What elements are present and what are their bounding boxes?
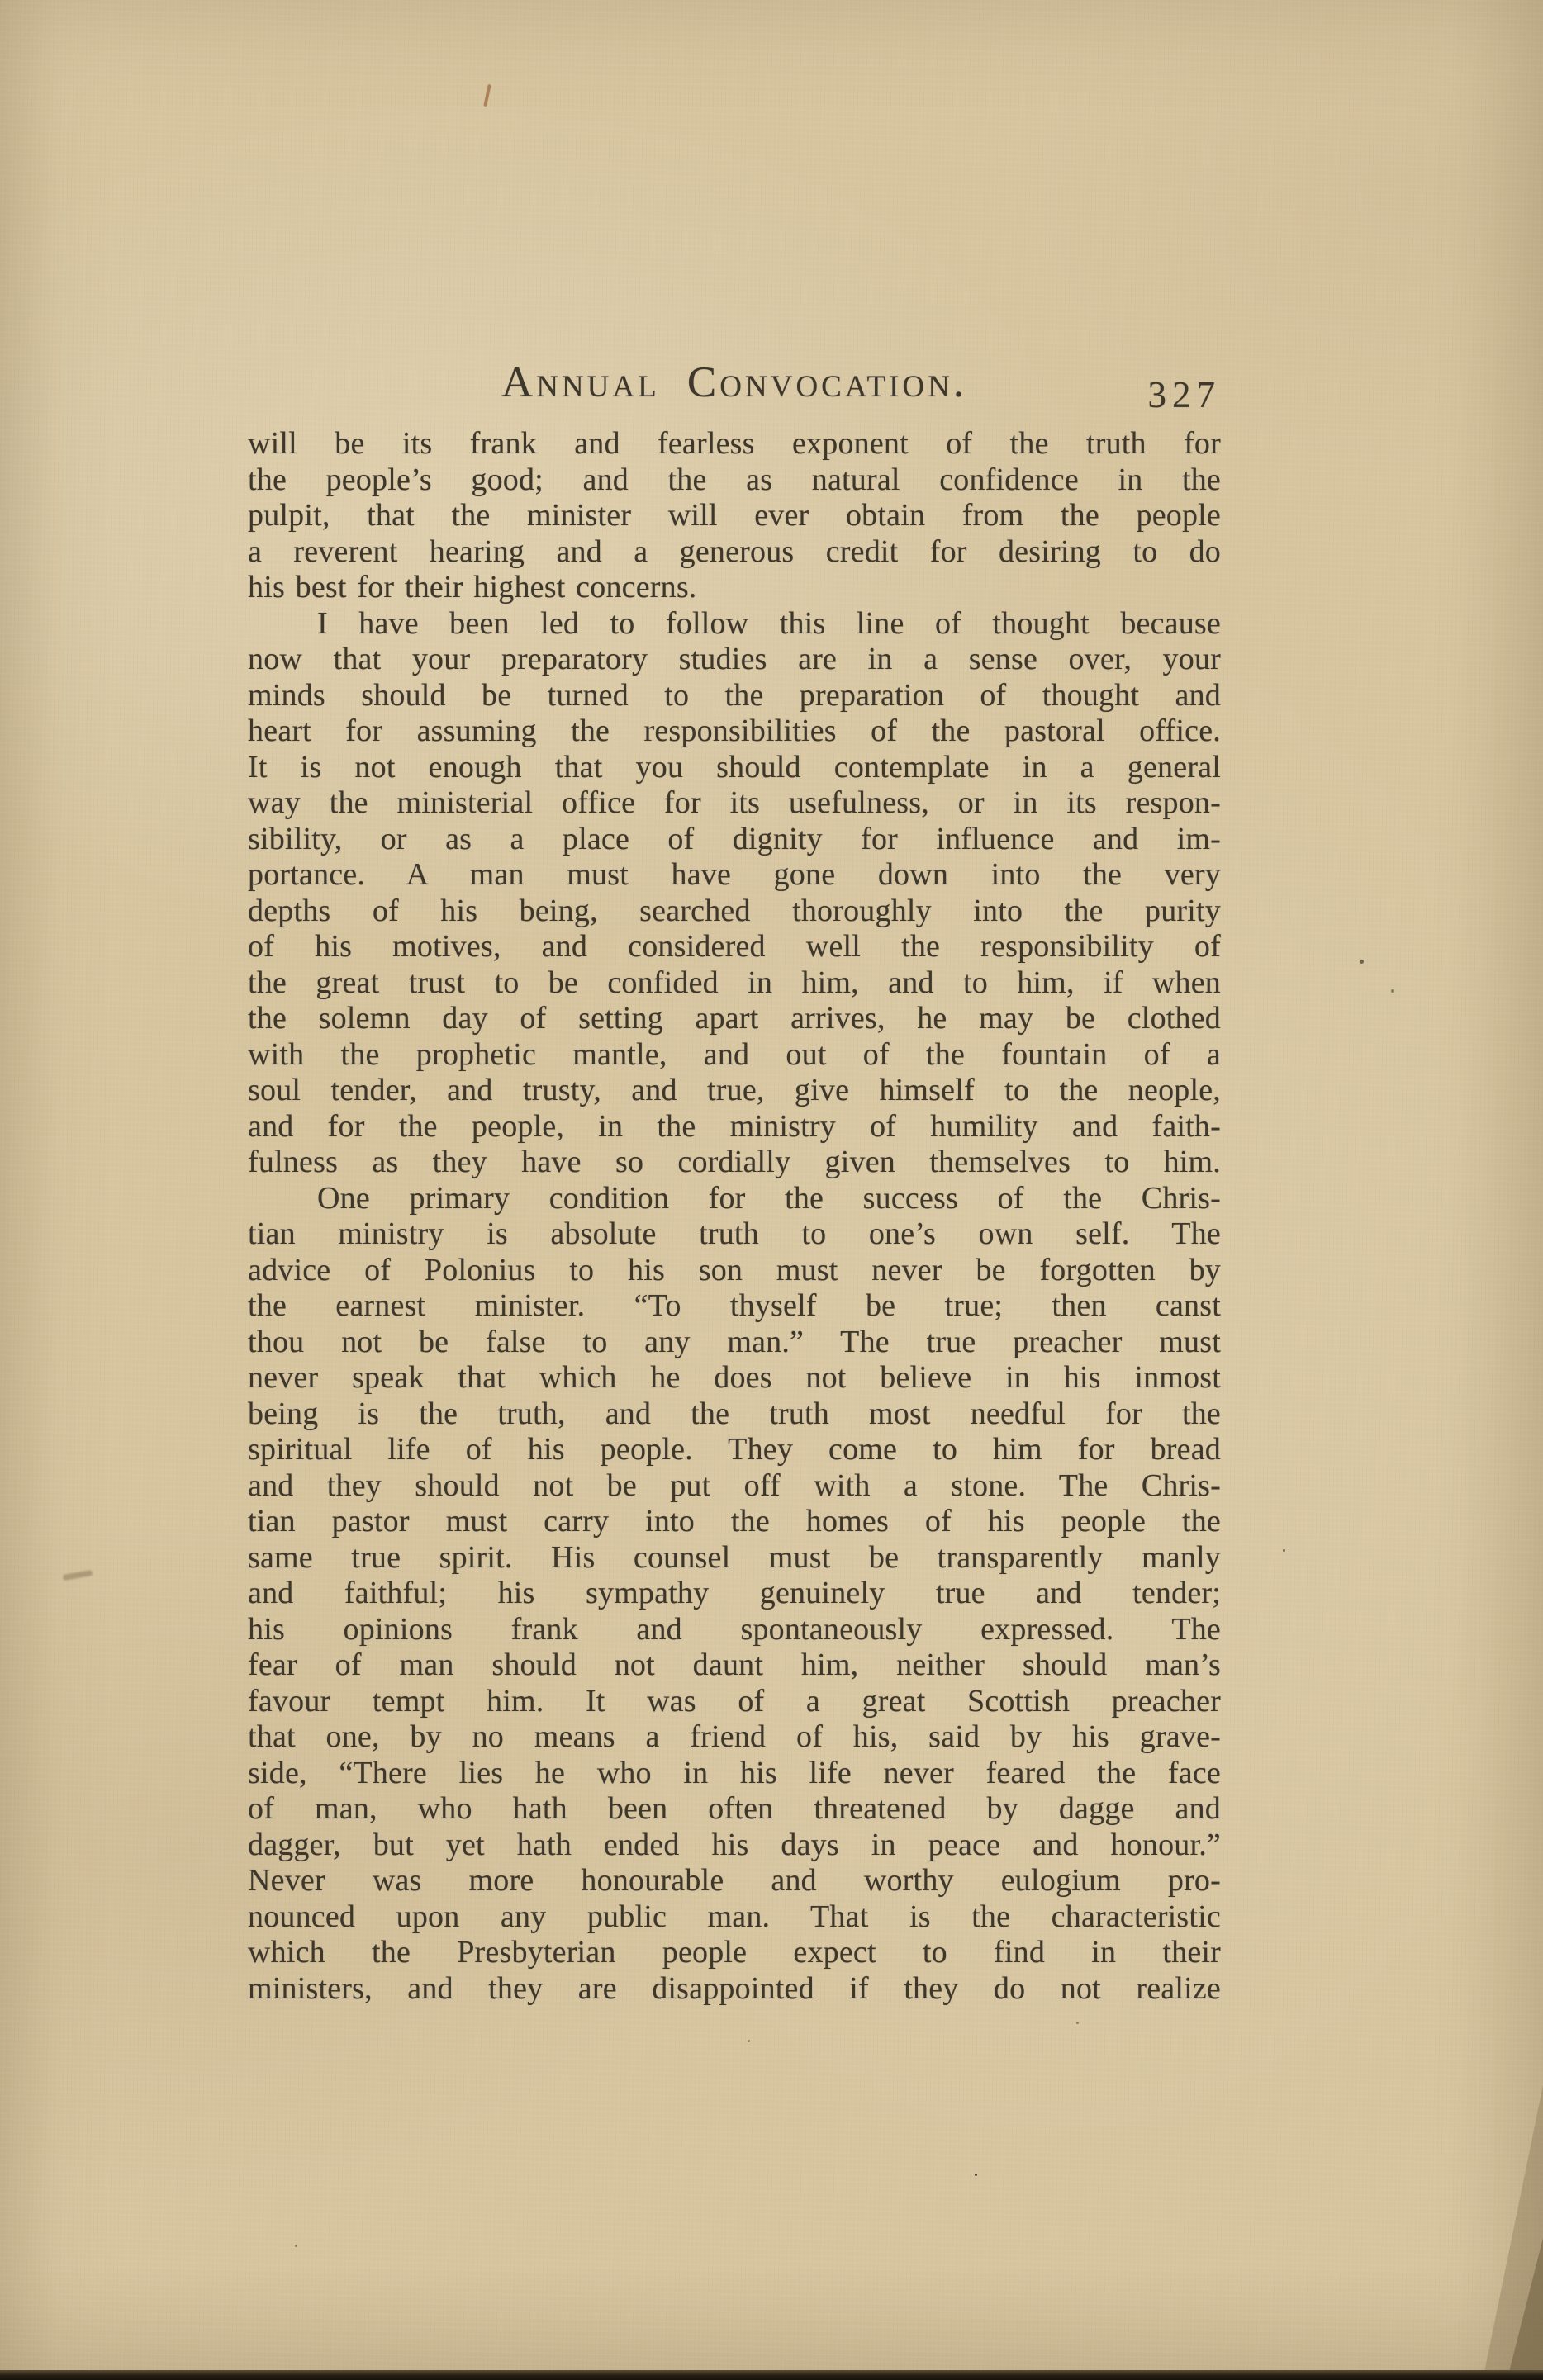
text-line: the great trust to be confided in him, a… [248, 965, 1221, 1002]
text-line: same true spirit. His counsel must be tr… [248, 1540, 1221, 1576]
text-line: of his motives, and considered well the … [248, 929, 1221, 965]
text-line: a reverent hearing and a generous credit… [248, 534, 1221, 571]
text-line: his opinions frank and spontaneously exp… [248, 1612, 1221, 1648]
text-line: never speak that which he does not belie… [248, 1360, 1221, 1396]
text-line: way the ministerial office for its usefu… [248, 785, 1221, 822]
ink-speck [1076, 2022, 1079, 2024]
text-line: of man, who hath been often threatened b… [248, 1791, 1221, 1828]
ink-speck [1283, 1549, 1285, 1552]
text-line: nounced upon any public man. That is the… [248, 1899, 1221, 1936]
text-line: and they should not be put off with a st… [248, 1468, 1221, 1505]
text-line: his best for their highest concerns. [248, 570, 1221, 606]
text-line: soul tender, and trusty, and true, give … [248, 1073, 1221, 1109]
ink-speck [1391, 989, 1394, 993]
text-line: will be its frank and fearless exponent … [248, 426, 1221, 462]
page-number: 327 [248, 373, 1221, 416]
text-line: now that your preparatory studies are in… [248, 642, 1221, 678]
text-line: It is not enough that you should contemp… [248, 750, 1221, 786]
scan-edge-strip [0, 2370, 1543, 2380]
text-line: Never was more honourable and worthy eul… [248, 1863, 1221, 1899]
text-line: fulness as they have so cordially given … [248, 1145, 1221, 1181]
ink-speck [1360, 960, 1364, 964]
text-line: One primary condition for the success of… [248, 1181, 1221, 1217]
text-line: and for the people, in the ministry of h… [248, 1109, 1221, 1145]
ink-speck [975, 2174, 977, 2176]
text-line: tian ministry is absolute truth to one’s… [248, 1216, 1221, 1253]
text-line: with the prophetic mantle, and out of th… [248, 1037, 1221, 1074]
text-line: ministers, and they are disappointed if … [248, 1971, 1221, 2008]
text-line: thou not be false to any man.” The true … [248, 1325, 1221, 1361]
text-line: depths of his being, searched thoroughly… [248, 894, 1221, 930]
book-page: Annual Convocation. 327 will be its fran… [0, 0, 1543, 2380]
paper-fiber-mark [483, 84, 491, 107]
text-line: favour tempt him. It was of a great Scot… [248, 1684, 1221, 1720]
text-line: being is the truth, and the truth most n… [248, 1396, 1221, 1433]
body-text: will be its frank and fearless exponent … [248, 426, 1221, 2007]
text-line: that one, by no means a friend of his, s… [248, 1719, 1221, 1756]
text-line: side, “There lies he who in his life nev… [248, 1756, 1221, 1792]
text-line: the earnest minister. “To thyself be tru… [248, 1288, 1221, 1325]
text-line: the people’s good; and the as natural co… [248, 462, 1221, 499]
text-line: the solemn day of setting apart arrives,… [248, 1001, 1221, 1037]
text-line: fear of man should not daunt him, neithe… [248, 1648, 1221, 1684]
ink-speck [295, 2245, 297, 2247]
text-line: spiritual life of his people. They come … [248, 1432, 1221, 1468]
text-line: heart for assuming the responsibilities … [248, 714, 1221, 750]
text-line: I have been led to follow this line of t… [248, 606, 1221, 642]
text-line: dagger, but yet hath ended his days in p… [248, 1828, 1221, 1864]
text-line: and faithful; his sympathy genuinely tru… [248, 1576, 1221, 1612]
ink-speck [748, 2040, 750, 2042]
text-line: portance. A man must have gone down into… [248, 857, 1221, 894]
text-line: pulpit, that the minister will ever obta… [248, 498, 1221, 534]
smudge-mark [63, 1570, 93, 1581]
text-line: advice of Polonius to his son must never… [248, 1253, 1221, 1289]
text-line: sibility, or as a place of dignity for i… [248, 822, 1221, 858]
text-line: which the Presbyterian people expect to … [248, 1935, 1221, 1971]
text-line: minds should be turned to the preparatio… [248, 678, 1221, 714]
text-line: tian pastor must carry into the homes of… [248, 1504, 1221, 1540]
